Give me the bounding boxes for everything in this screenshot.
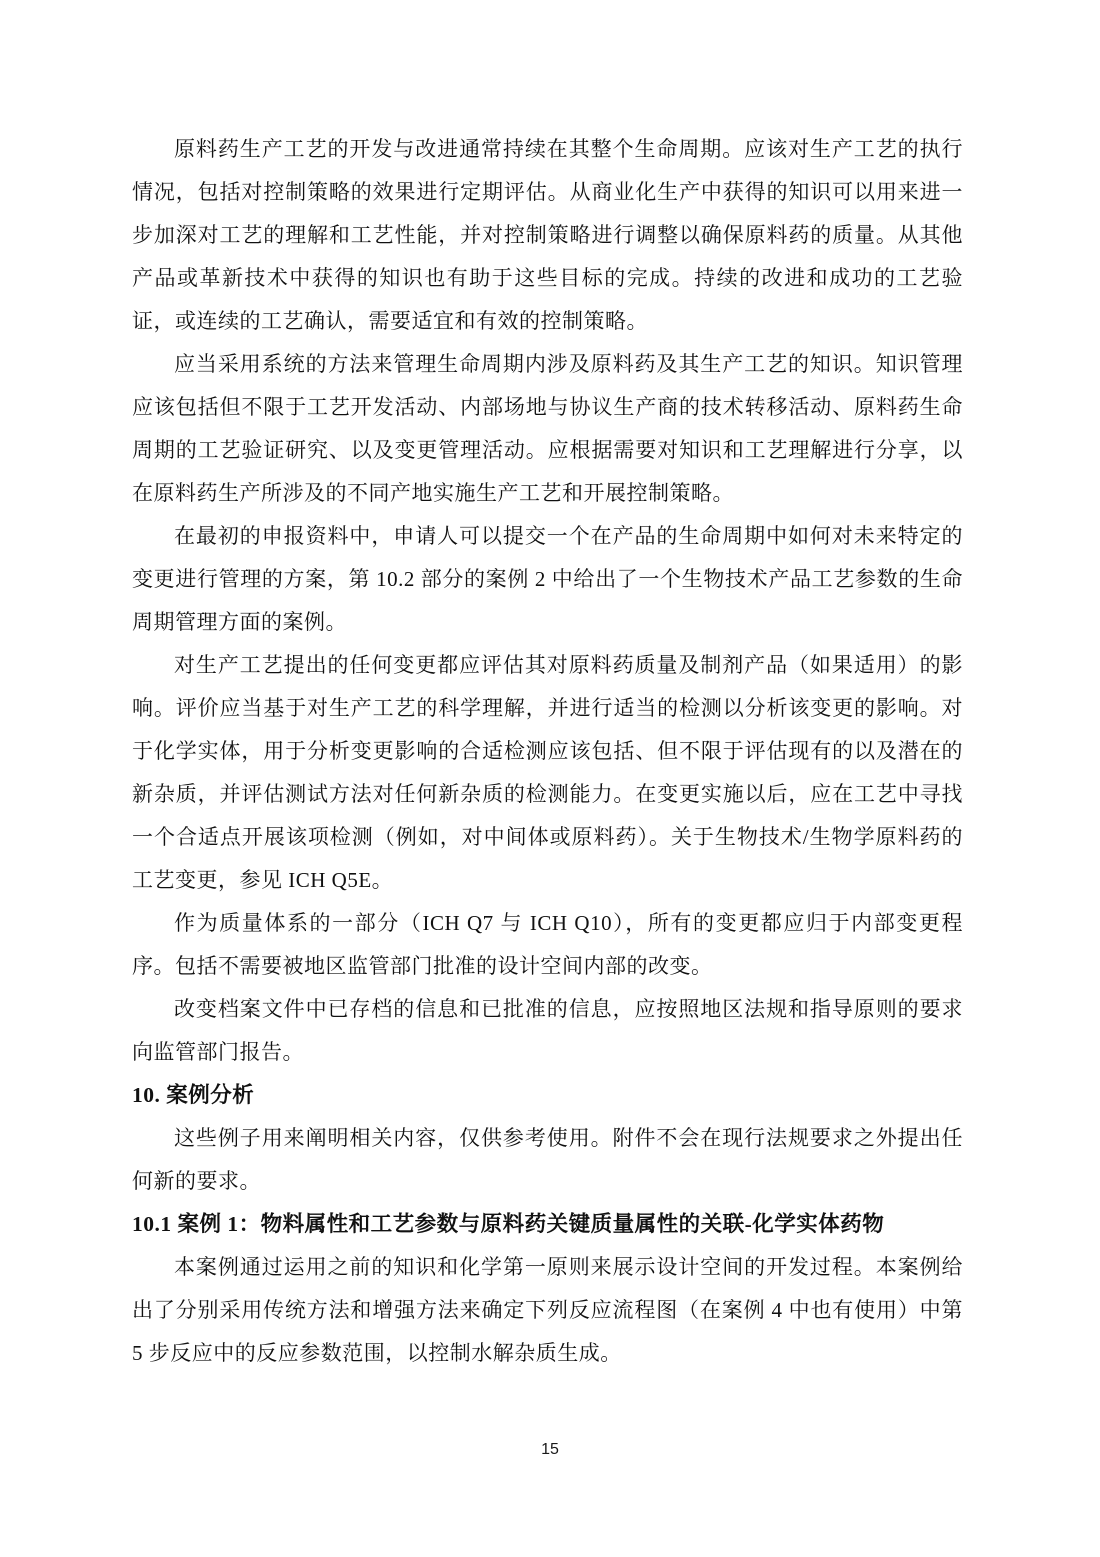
section-heading-case-1: 10.1 案例 1：物料属性和工艺参数与原料药关键质量属性的关联-化学实体药物: [132, 1203, 963, 1246]
section-heading-case-analysis: 10. 案例分析: [132, 1074, 963, 1117]
paragraph-case1-intro: 本案例通过运用之前的知识和化学第一原则来展示设计空间的开发过程。本案例给出了分别…: [132, 1246, 963, 1375]
paragraph-lifecycle-development: 原料药生产工艺的开发与改进通常持续在其整个生命周期。应该对生产工艺的执行情况，包…: [132, 128, 963, 343]
paragraph-regulatory-reporting: 改变档案文件中已存档的信息和已批准的信息，应按照地区法规和指导原则的要求向监管部…: [132, 988, 963, 1074]
document-page: { "document": { "language": "zh-CN", "co…: [0, 0, 1100, 1557]
paragraph-examples-disclaimer: 这些例子用来阐明相关内容，仅供参考使用。附件不会在现行法规要求之外提出任何新的要…: [132, 1117, 963, 1203]
paragraph-quality-system-changes: 作为质量体系的一部分（ICH Q7 与 ICH Q10），所有的变更都应归于内部…: [132, 902, 963, 988]
paragraph-initial-submission: 在最初的申报资料中，申请人可以提交一个在产品的生命周期中如何对未来特定的变更进行…: [132, 515, 963, 644]
paragraph-change-evaluation: 对生产工艺提出的任何变更都应评估其对原料药质量及制剂产品（如果适用）的影响。评价…: [132, 644, 963, 902]
paragraph-knowledge-management: 应当采用系统的方法来管理生命周期内涉及原料药及其生产工艺的知识。知识管理应该包括…: [132, 343, 963, 515]
page-background: 原料药生产工艺的开发与改进通常持续在其整个生命周期。应该对生产工艺的执行情况，包…: [0, 0, 1100, 1557]
text-body: 原料药生产工艺的开发与改进通常持续在其整个生命周期。应该对生产工艺的执行情况，包…: [132, 0, 963, 1375]
page-number: 15: [0, 1441, 1100, 1459]
